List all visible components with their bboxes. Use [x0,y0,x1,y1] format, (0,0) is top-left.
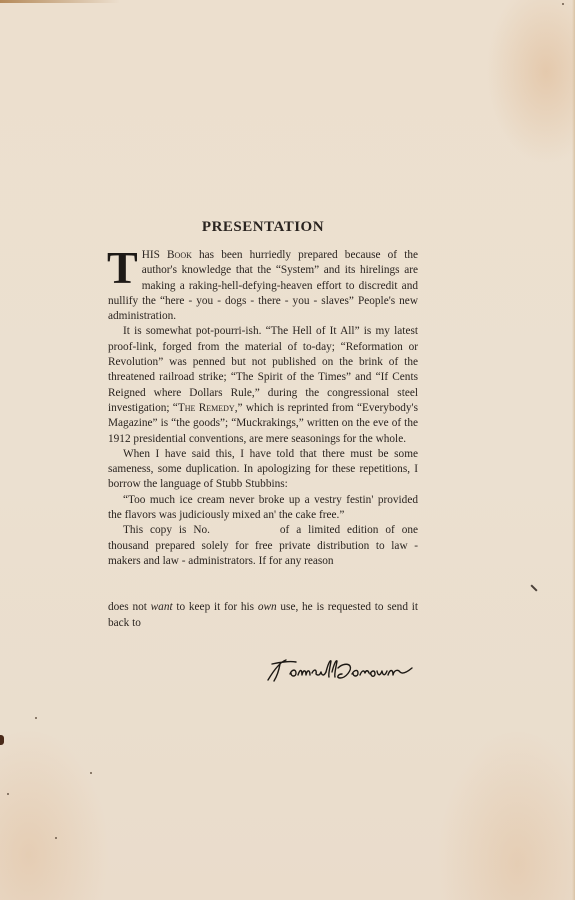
paper-speck [55,837,57,839]
italic-text: want [151,601,173,613]
paper-speck [35,717,37,719]
pencil-mark [530,584,537,591]
paper-speck [7,793,9,795]
paragraph-text: HIS [142,249,167,261]
page-title: PRESENTATION [108,218,418,236]
paragraph-2: It is somewhat pot-pourri-ish. “The Hell… [108,324,418,446]
paper-speck [562,3,564,5]
paragraph-text: It is somewhat pot-pourri-ish. “The Hell… [108,325,418,413]
paragraph-text: to keep it for his [173,601,258,613]
signature [266,656,416,684]
paragraph-limited-edition: This copy is No. of a limited edition of… [108,523,418,569]
paragraph-text: does not [108,601,151,613]
page-edge-top [0,0,120,3]
italic-text: own [258,601,277,613]
quotation: “Too much ice cream never broke up a ves… [108,493,418,524]
paragraph-return-request: does not want to keep it for his own use… [108,600,418,631]
paragraph-3: When I have said this, I have told that … [108,447,418,493]
paragraph-1: THIS Book has been hurriedly prepared be… [108,248,418,324]
book-page: PRESENTATION THIS Book has been hurriedl… [0,0,575,900]
copy-number-label: This copy is No. [123,524,210,536]
paper-speck [90,772,92,774]
drop-cap: T [107,250,138,286]
small-caps-text: The Remedy [178,402,235,414]
small-caps-text: Book [167,249,192,261]
binding-mark [0,735,4,745]
presentation-text: PRESENTATION THIS Book has been hurriedl… [108,218,418,631]
name-blank-space [108,569,418,600]
